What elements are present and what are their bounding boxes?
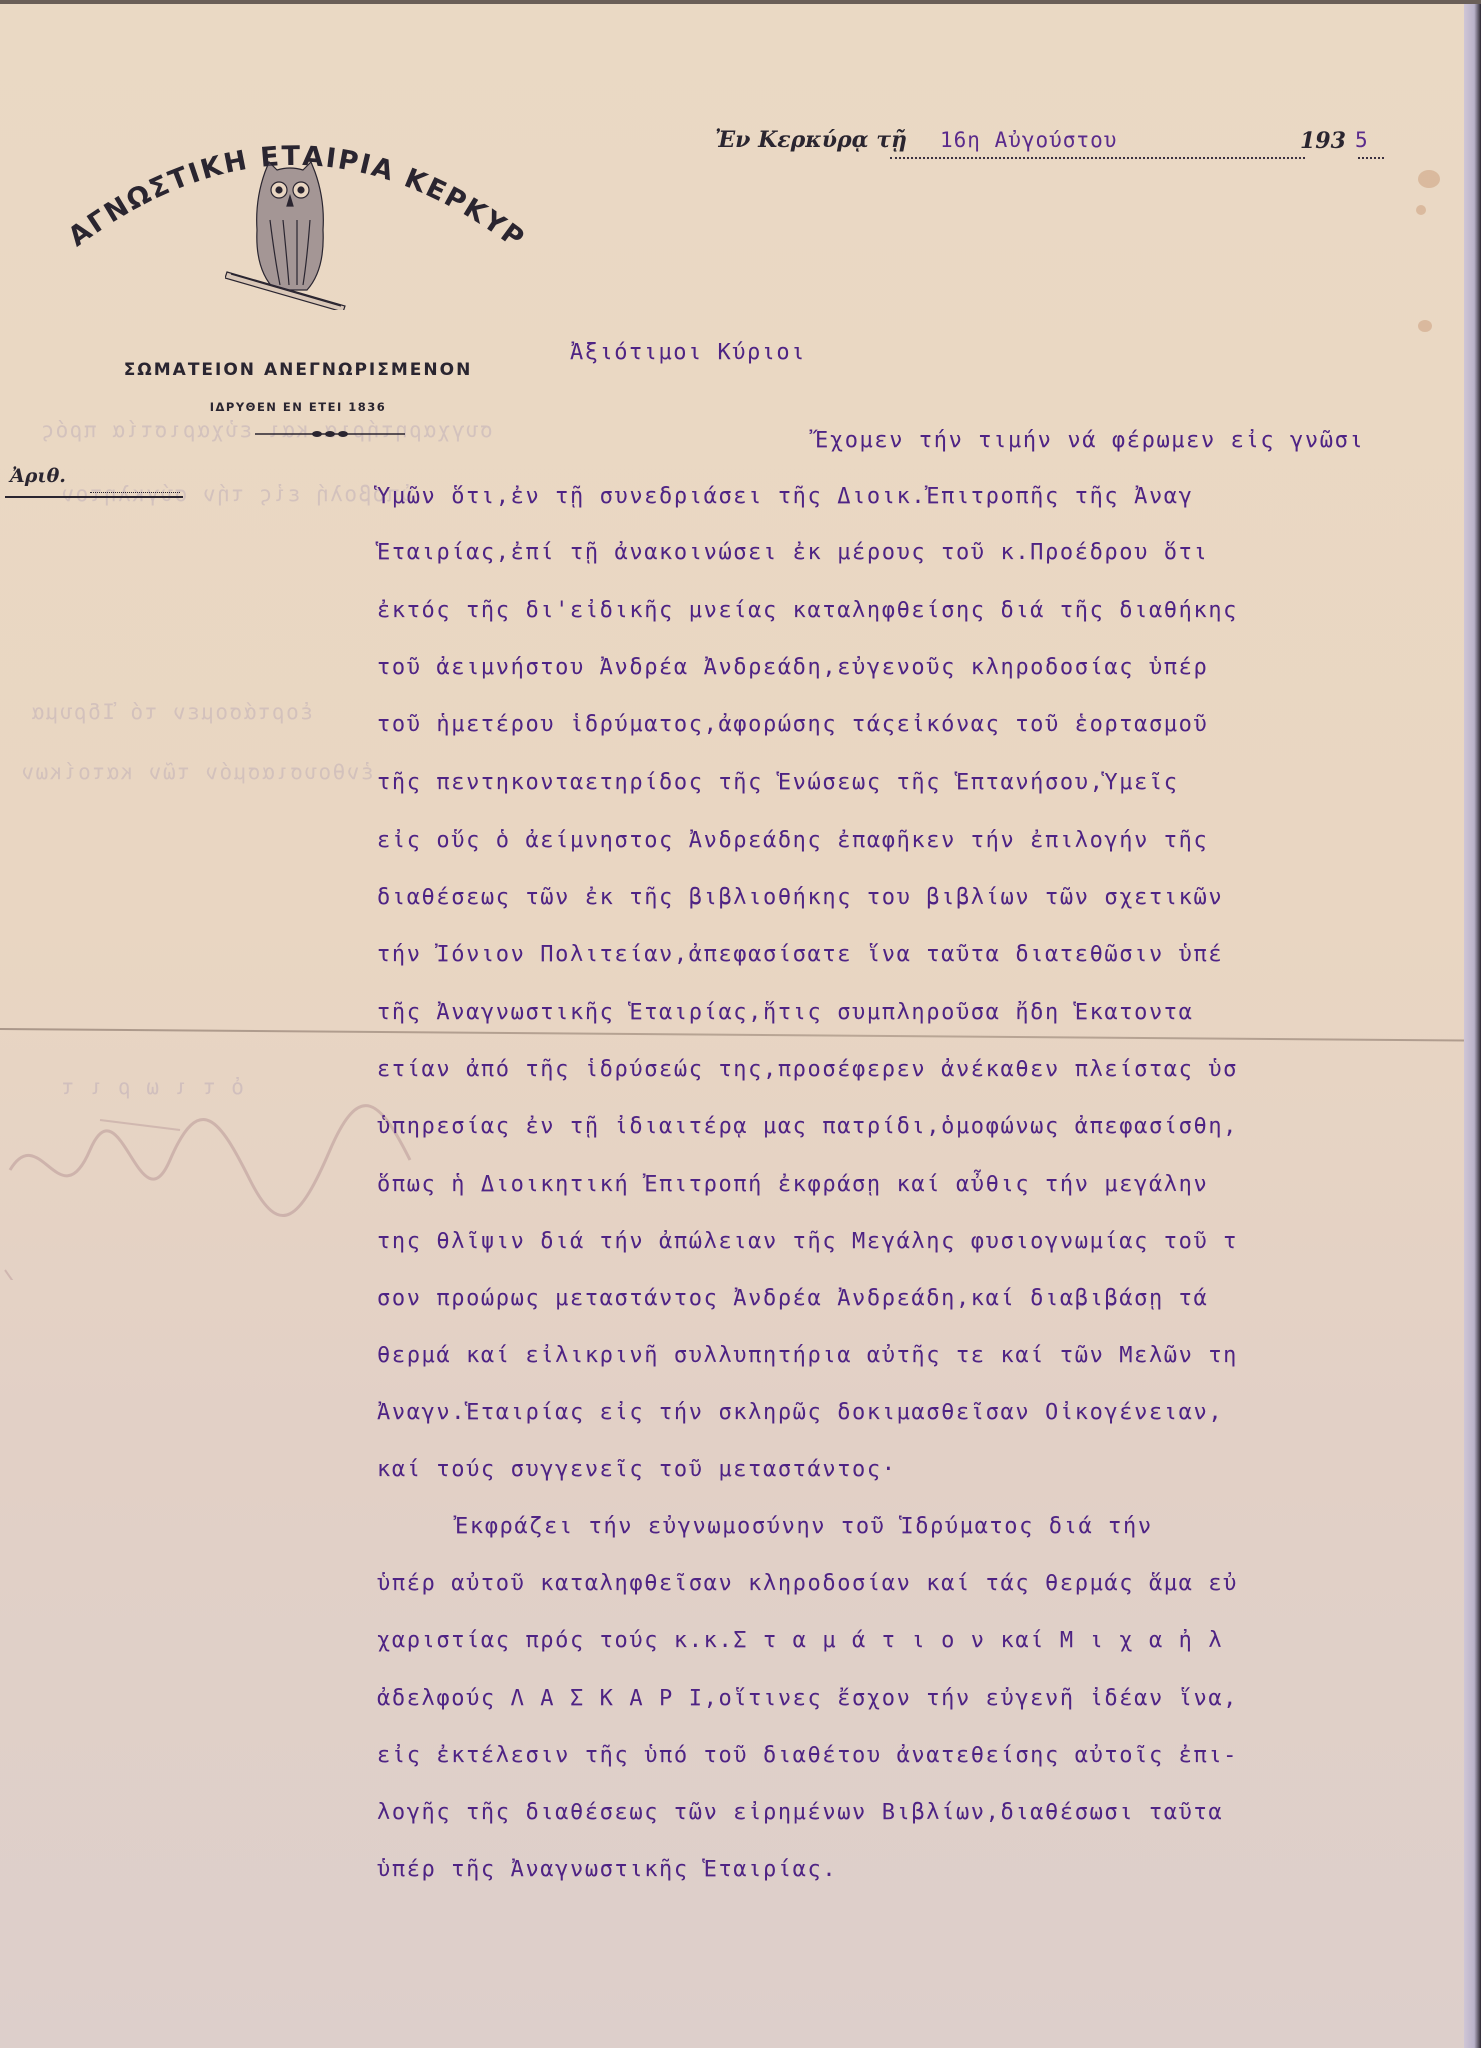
letter-line: καί τούς συγγενεῖς τοῦ μεταστάντος· <box>377 1457 897 1482</box>
letter-line: διαθέσεως τῶν ἐκ τῆς βιβλιοθήκης του βιβ… <box>377 885 1223 910</box>
letter-line: εἰς οὕς ὁ ἀείμνηστος Ἀνδρεάδης ἐπαφῆκεν … <box>377 828 1208 853</box>
letter-line: χαριστίας πρός τούς κ.κ.Σ τ α μ ά τ ι ο … <box>377 1628 1223 1653</box>
date-prefix: Ἐν Κερκύρᾳ τῇ <box>715 127 907 153</box>
salutation: Ἀξιότιμοι Κύριοι <box>570 340 806 365</box>
letterhead: ΑΝΑΓΝΩΣΤΙΚΗ ΕΤΑΙΡΙΑ ΚΕΡΚΥΡΑΣ ΣΩΜΑΤΕΙΟΝ Α… <box>60 125 530 455</box>
bleed-through-text: ὑποβολή εἰς τήν σύγκλητον <box>60 482 414 506</box>
year-underline <box>1358 157 1384 159</box>
reference-number-label: Ἀριθ. <box>10 465 66 487</box>
paper-edge-shadow <box>1464 0 1481 2048</box>
foxing-stain <box>1416 205 1426 215</box>
letter-line: Ἀναγν.Ἑταιρίας εἰς τήν σκληρῶς δοκιμασθε… <box>377 1400 1223 1425</box>
letter-line: ἐκτός τῆς δι'εἰδικῆς μνείας καταληφθείση… <box>377 598 1238 623</box>
letterhead-subtitle: ΣΩΜΑΤΕΙΟΝ ΑΝΕΓΝΩΡΙΣΜΕΝΟΝ <box>98 360 498 380</box>
letter-line: τήν Ἰόνιον Πολιτείαν,ἀπεφασίσατε ἵνα ταῦ… <box>377 942 1223 967</box>
letter-line: ὅπως ἡ Διοικητική Ἐπιτροπή ἐκφράσῃ καί α… <box>377 1172 1208 1197</box>
reference-number-field <box>90 492 180 493</box>
foxing-stain <box>1418 170 1440 188</box>
date-day-month: 16η Αὐγούστου <box>940 128 1117 152</box>
bleed-through-text: ἐνθουσιασμόν τῶν κατοίκων <box>20 760 374 784</box>
divider-ornament <box>255 429 405 439</box>
letter-line: ὑπέρ τῆς Ἀναγνωστικῆς Ἑταιρίας. <box>377 1857 837 1882</box>
letter-line: Ἑταιρίας,ἐπί τῇ ἀνακοινώσει ἐκ μέρους το… <box>377 540 1208 565</box>
letter-line: Ἔχομεν τήν τιμήν νά φέρωμεν εἰς γνῶσι <box>815 428 1364 453</box>
letter-line: ὑπέρ αὐτοῦ καταληφθεῖσαν κληροδοσίαν καί… <box>377 1571 1238 1596</box>
foxing-stain <box>1418 320 1432 332</box>
letter-line: τῆς πεντηκονταετηρίδος τῆς Ἑνώσεως τῆς Ἑ… <box>377 770 1179 795</box>
letter-line: της θλῖψιν διά τήν ἀπώλειαν τῆς Μεγάλης … <box>377 1229 1238 1254</box>
letter-line: θερμά καί εἰλικρινῆ συλλυπητήρια αὐτῆς τ… <box>377 1343 1238 1368</box>
date-year-printed: 193 <box>1300 128 1346 154</box>
date-year-typed: 5 <box>1355 128 1368 152</box>
letter-line: ἀδελφούς Λ Α Σ Κ Α Ρ Ι,οἵτινες ἔσχον τήν… <box>377 1686 1238 1711</box>
letter-line: Ὑμῶν ὅτι,ἐν τῇ συνεδριάσει τῆς Διοικ.Ἐπι… <box>377 484 1193 509</box>
letter-line: τῆς Ἀναγνωστικῆς Ἑταιρίας,ἥτις συμπληροῦ… <box>377 1000 1193 1025</box>
owl-emblem-icon <box>225 160 355 310</box>
reference-underline <box>5 496 183 498</box>
letter-line: ετίαν ἀπό τῆς ἱδρύσεώς της,προσέφερεν ἀν… <box>377 1057 1238 1082</box>
top-edge <box>0 0 1481 4</box>
date-underline <box>890 157 1305 159</box>
letter-line: τοῦ ἡμετέρου ἱδρύματος,ἀφορώσης τάςεἰκόν… <box>377 712 1208 737</box>
letterhead-founded: ΙΔΡΥΘΕΝ ΕΝ ΕΤΕΙ 1836 <box>98 400 498 414</box>
bleed-through-text: ἑορτάσομεν τό Ἱδρυμα <box>30 700 313 724</box>
faint-pencil-signature <box>0 1060 420 1280</box>
dateline: Ἐν Κερκύρᾳ τῇ 16η Αὐγούστου 193 5 <box>715 124 1375 164</box>
letter-line: τοῦ ἀειμνήστου Ἀνδρέα Ἀνδρεάδη,εὐγενοῦς … <box>377 655 1208 680</box>
letter-line: ὑπηρεσίας ἐν τῇ ἰδιαιτέρᾳ μας πατρίδι,ὁμ… <box>377 1114 1238 1139</box>
letter-line: Ἐκφράζει τήν εὐγνωμοσύνην τοῦ Ἱδρύματος … <box>455 1514 1153 1539</box>
letter-line: εἰς ἐκτέλεσιν τῆς ὑπό τοῦ διαθέτου ἀνατε… <box>377 1743 1238 1768</box>
letter-line: λογῆς τῆς διαθέσεως τῶν εἰρημένων Βιβλίω… <box>377 1800 1223 1825</box>
letter-line: σον προώρως μεταστάντος Ἀνδρέα Ἀνδρεάδη,… <box>377 1286 1208 1311</box>
